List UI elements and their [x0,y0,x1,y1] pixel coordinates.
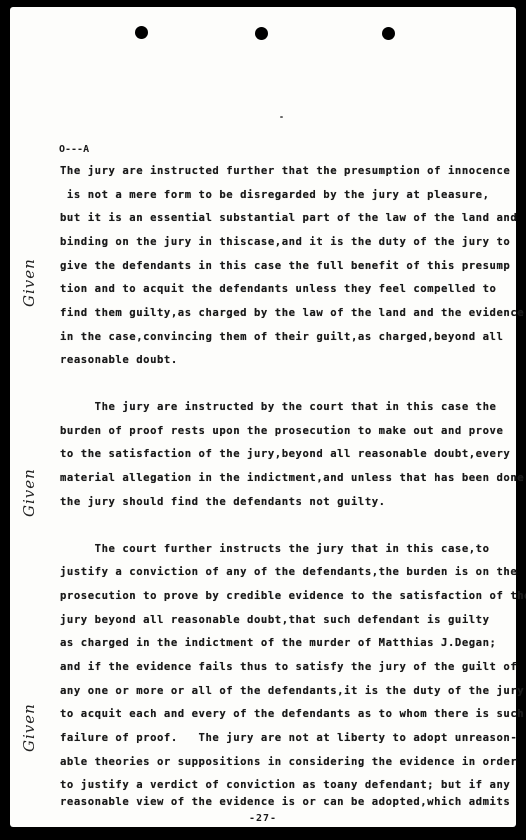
text-line: to acquit each and every of the defendan… [60,708,524,720]
document-page: O---A The jury are instructed further th… [10,7,516,827]
text-line: The jury are instructed further that the… [60,165,510,177]
text-line: justify a conviction of any of the defen… [60,566,517,578]
text-line: to the satisfaction of the jury,beyond a… [60,448,510,460]
text-line: failure of proof. The jury are not at li… [60,732,517,744]
text-line: give the defendants in this case the ful… [60,260,510,272]
text-line: any one or more or all of the defendants… [60,685,524,697]
text-line: to justify a verdict of conviction as to… [60,779,510,791]
scan-speck [280,116,283,118]
text-line: burden of proof rests upon the prosecuti… [60,425,503,437]
margin-note-given: Given [20,468,38,517]
section-header-mark: O---A [59,144,89,155]
text-line: The jury are instructed by the court tha… [60,401,496,413]
text-line: reasonable view of the evidence is or ca… [60,796,510,808]
text-line: The court further instructs the jury tha… [60,543,490,555]
text-line: is not a mere form to be disregarded by … [60,189,490,201]
text-line: and if the evidence fails thus to satisf… [60,661,517,673]
text-line: jury beyond all reasonable doubt,that su… [60,614,490,626]
punch-hole-center [255,27,268,40]
text-line: the jury should find the defendants not … [60,496,386,508]
punch-hole-right [382,27,395,40]
text-line: binding on the jury in thiscase,and it i… [60,236,510,248]
text-line: prosecution to prove by credible evidenc… [60,590,526,602]
text-line: able theories or suppositions in conside… [60,756,517,768]
text-line: find them guilty,as charged by the law o… [60,307,524,319]
text-line: tion and to acquit the defendants unless… [60,283,496,295]
text-line: as charged in the indictment of the murd… [60,637,496,649]
margin-note-given: Given [20,703,38,752]
punch-hole-left [135,26,148,39]
text-line: but it is an essential substantial part … [60,212,517,224]
margin-note-given: Given [20,258,38,307]
text-line: in the case,convincing them of their gui… [60,331,503,343]
page-number: -27- [10,813,516,824]
text-line: reasonable doubt. [60,354,178,366]
text-line: material allegation in the indictment,an… [60,472,524,484]
